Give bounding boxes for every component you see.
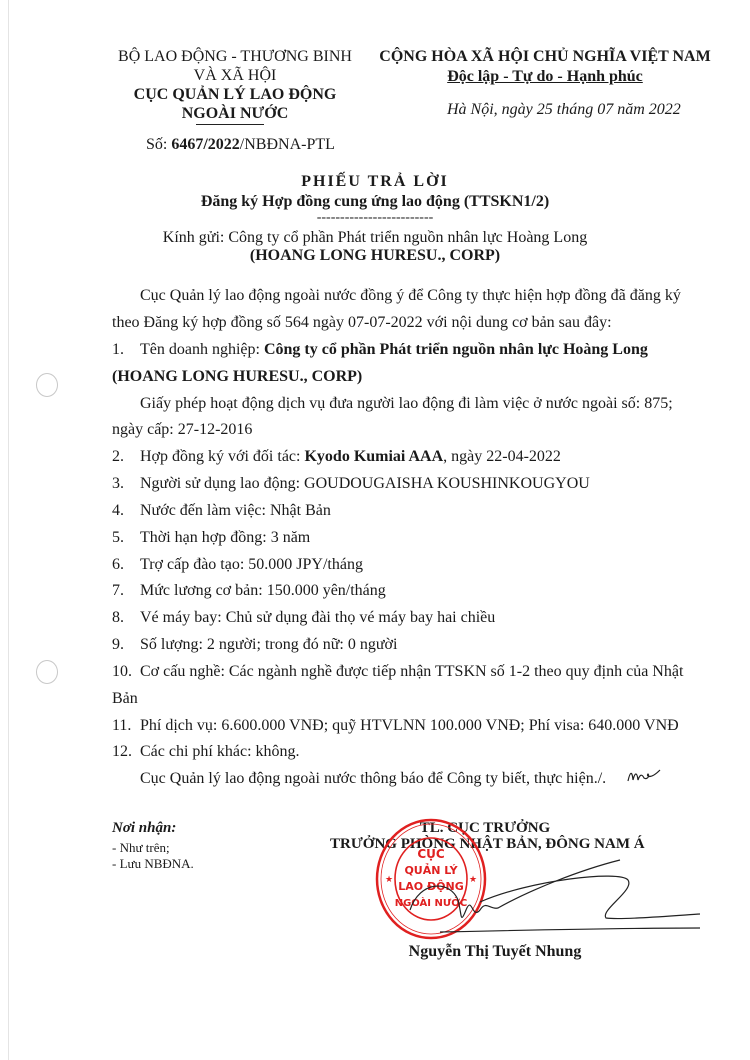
document-page: BỘ LAO ĐỘNG - THƯƠNG BINH VÀ XÃ HỘI CỤC … <box>0 0 750 1060</box>
item-2-partner: Hợp đồng ký với đối tác: Kyodo Kumiai AA… <box>140 448 561 466</box>
item-label: Tên doanh nghiệp: <box>140 341 264 358</box>
item-number: 11. <box>112 717 138 735</box>
item-number: 1. <box>112 341 138 359</box>
item-1-license-line-2: ngày cấp: 27-12-2016 <box>112 421 252 439</box>
item-1-company-en: (HOANG LONG HURESU., CORP) <box>112 368 362 386</box>
item-number: 8. <box>112 609 138 627</box>
scan-edge-line <box>8 0 9 1060</box>
recipient-item: - Như trên; <box>112 840 170 856</box>
place-date: Hà Nội, ngày 25 tháng 07 năm 2022 <box>447 101 681 119</box>
item-4-country: Nước đến làm việc: Nhật Bản <box>140 502 331 520</box>
ministry-line-1: BỘ LAO ĐỘNG - THƯƠNG BINH <box>100 47 370 66</box>
item-10-occupations: Cơ cấu nghề: Các ngành nghề được tiếp nh… <box>140 663 683 681</box>
item-10-occupations-line-2: Bản <box>112 690 138 708</box>
ministry-line-2: VÀ XÃ HỘI <box>100 66 370 85</box>
item-12-other-costs: Các chi phí khác: không. <box>140 743 300 761</box>
item-value: Kyodo Kumiai AAA <box>304 448 443 465</box>
doc-number-value: 6467/2022 <box>171 136 239 153</box>
recipients-title: Nơi nhận: <box>112 820 176 837</box>
item-number: 4. <box>112 502 138 520</box>
item-7-base-salary: Mức lương cơ bản: 150.000 yên/tháng <box>140 582 386 600</box>
item-11-fees: Phí dịch vụ: 6.600.000 VNĐ; quỹ HTVLNN 1… <box>140 717 679 735</box>
national-header-block: CỘNG HÒA XÃ HỘI CHỦ NGHĨA VIỆT NAM Độc l… <box>370 47 720 87</box>
national-title: CỘNG HÒA XÃ HỘI CHỦ NGHĨA VIỆT NAM <box>370 47 720 67</box>
doc-number-prefix: Số: <box>146 136 171 153</box>
item-1-license-line-1: Giấy phép hoạt động dịch vụ đưa người la… <box>140 395 673 413</box>
recipient-line-1: Kính gửi: Công ty cổ phần Phát triển ngu… <box>0 229 750 247</box>
item-5-duration: Thời hạn hợp đồng: 3 năm <box>140 529 310 547</box>
item-number: 3. <box>112 475 138 493</box>
initial-signature-icon <box>626 766 662 784</box>
document-subtitle: Đăng ký Hợp đồng cung ứng lao động (TTSK… <box>0 193 750 211</box>
item-number: 5. <box>112 529 138 547</box>
title-separator: ------------------------- <box>0 210 750 226</box>
issuing-agency-block: BỘ LAO ĐỘNG - THƯƠNG BINH VÀ XÃ HỘI CỤC … <box>100 47 370 123</box>
agency-line-1: CỤC QUẢN LÝ LAO ĐỘNG <box>100 85 370 104</box>
item-number: 6. <box>112 556 138 574</box>
document-title: PHIẾU TRẢ LỜI <box>0 173 750 191</box>
document-number: Số: 6467/2022/NBĐNA-PTL <box>146 136 335 154</box>
national-motto: Độc lập - Tự do - Hạnh phúc <box>370 67 720 87</box>
item-number: 2. <box>112 448 138 466</box>
closing-line: Cục Quản lý lao động ngoài nước thông bá… <box>140 770 606 788</box>
agency-line-2: NGOÀI NƯỚC <box>100 104 370 123</box>
item-suffix: , ngày 22-04-2022 <box>443 448 561 465</box>
item-number: 10. <box>112 663 138 681</box>
item-3-employer: Người sử dụng lao động: GOUDOUGAISHA KOU… <box>140 475 590 493</box>
item-value: Công ty cổ phần Phát triển nguồn nhân lự… <box>264 341 648 358</box>
item-8-airfare: Vé máy bay: Chủ sử dụng đài thọ vé máy b… <box>140 609 495 627</box>
item-1-company: Tên doanh nghiệp: Công ty cổ phần Phát t… <box>140 341 648 359</box>
doc-number-suffix: /NBĐNA-PTL <box>240 136 335 153</box>
signer-name: Nguyễn Thị Tuyết Nhung <box>360 943 630 961</box>
intro-line-1: Cục Quản lý lao động ngoài nước đồng ý đ… <box>140 287 681 305</box>
handwritten-signature-icon <box>380 840 700 950</box>
recipient-item: - Lưu NBĐNA. <box>112 856 194 872</box>
intro-line-2: theo Đăng ký hợp đồng số 564 ngày 07-07-… <box>112 314 612 332</box>
motto-text: Độc lập - Tự do - Hạnh phúc <box>447 68 643 85</box>
item-9-quantity: Số lượng: 2 người; trong đó nữ: 0 người <box>140 636 397 654</box>
recipient-line-2: (HOANG LONG HURESU., CORP) <box>0 247 750 265</box>
agency-underline <box>196 124 264 125</box>
item-number: 12. <box>112 743 138 761</box>
item-number: 7. <box>112 582 138 600</box>
punch-hole-icon <box>36 660 58 684</box>
punch-hole-icon <box>36 373 58 397</box>
item-label: Hợp đồng ký với đối tác: <box>140 448 304 465</box>
item-6-training-allowance: Trợ cấp đào tạo: 50.000 JPY/tháng <box>140 556 363 574</box>
item-number: 9. <box>112 636 138 654</box>
